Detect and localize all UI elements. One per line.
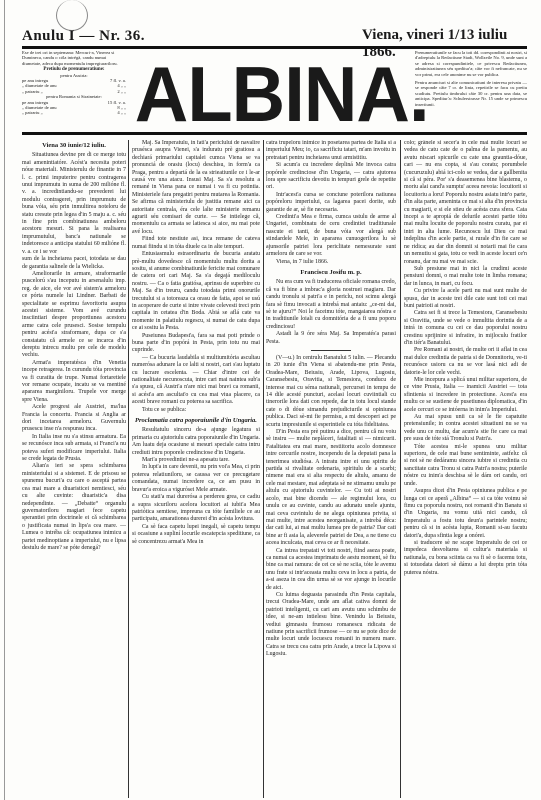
proclamation-title: Proclamatia catra poporaiunile d'in Unga…	[132, 417, 260, 424]
price-value: 4 „ „	[90, 110, 126, 115]
masthead-title-box: ALBINA.	[128, 54, 398, 134]
paragraph: Maj. Sa Imperatulu, in fati'a periclului…	[132, 140, 260, 236]
paragraph: Resultatulu sinceru de-a ajunge legatura…	[132, 427, 260, 457]
paragraph: Cu privire la acele parti nu mai sunt mu…	[404, 288, 527, 310]
paragraph: Armat'a imperatésca d'in Venetia incepe …	[22, 360, 126, 404]
paragraph: Cu luima deguasta parasindu d'in Pesta c…	[266, 592, 396, 659]
editorial-info-box: Prenumeratiunile se facu la toti dd. cor…	[415, 50, 527, 110]
publication-schedule: Ese de trei ori in septemana: Mercuri-a,…	[22, 50, 126, 66]
article-column-3: catra trupeloru inimice in posetarea par…	[266, 140, 396, 798]
paragraph: Fiind tote nestiute asi, inca remane de …	[132, 236, 260, 251]
newspaper-title: ALBINA.	[135, 54, 392, 134]
romania-price-table: pe anu intregu15 fl. v. a. „ diumetate d…	[22, 100, 126, 116]
paragraph: Nu era cum va fi traducerea oficiale rom…	[266, 279, 396, 331]
top-rule	[22, 46, 527, 49]
column-divider	[263, 140, 264, 798]
paragraph: Entusiasmulu estraordinariu de bucuria a…	[132, 251, 260, 332]
masthead-emblem-icon	[56, 0, 88, 31]
article-dateline: Viena 30 iunie/12 iuliu.	[22, 142, 126, 149]
article-column-2: Maj. Sa Imperatulu, in fati'a periclului…	[132, 140, 260, 798]
paragraph: sum de la incheiarea pacei, totodata se …	[22, 256, 126, 271]
article-column-4: colo; grânele si secer'a in cele mai mul…	[404, 140, 527, 798]
paragraph: catra trupeloru inimice in posetarea par…	[266, 140, 396, 162]
paragraph: Totu ce se publica:	[132, 407, 260, 414]
paragraph: Acele progresi ale Austriei, ma'lua Fran…	[22, 404, 126, 434]
paragraph: si traducere sè ne scape Imperatulu de c…	[404, 540, 527, 577]
paragraph: Puseiunea Budapest'a, fara sa mai poti p…	[132, 333, 260, 355]
subscription-info: Prenumeratiunile se facu la toti dd. cor…	[415, 50, 527, 77]
page-edge-line	[4, 0, 5, 800]
subscription-box: Ese de trei ori in septemana: Mercuri-a,…	[22, 50, 126, 116]
advertising-info: Pentru anunciuri si alte comunicatiuni d…	[415, 80, 527, 107]
paragraph: Alian'a ieri se spera schimbarea ministe…	[22, 463, 126, 552]
proclamation-signature: Franciscu Josifu m. p.	[266, 269, 396, 276]
paragraph: Catra sei fi si trece la Temesiora, Cara…	[404, 310, 527, 347]
masthead-bottom-rule	[22, 132, 527, 135]
paragraph: In Italia inse nu s'a stinsu armatura. E…	[22, 434, 126, 464]
column-divider	[128, 140, 129, 798]
paragraph: — Ca bucuria laudabila si multiumitória …	[132, 355, 260, 407]
paragraph: Sub presiune mai in nici la crudimi aces…	[404, 266, 527, 288]
paragraph: Astadi la 9 óre séra Maj. Sa Imperatés'a…	[266, 331, 396, 346]
price-label: „ patrariu „	[22, 110, 90, 115]
paragraph: Ca sè faca capetu lupei inegali, sè cape…	[132, 524, 260, 546]
section-separator	[311, 350, 351, 351]
paragraph: Credinti'a Mea e firma, cumca ustulu de …	[266, 214, 396, 258]
paragraph: D'in Pesta era prè putinu a dice, pentru…	[266, 429, 396, 548]
price-row: „ patrariu „4 „ „	[22, 110, 126, 115]
paragraph: Mie incepura a splicá unui militar super…	[404, 377, 527, 414]
paragraph: colo; grânele si secer'a in cele mai mul…	[404, 140, 527, 266]
column-divider	[400, 140, 401, 798]
paragraph: Tóte acestea mi-le spunea unu militar su…	[404, 444, 527, 488]
paragraph: Asupra dicei d'in Pesta opiniunea public…	[404, 488, 527, 540]
issue-number: Anulu I — Nr. 36.	[22, 28, 145, 45]
austria-price-table: pe anu intregu7 fl. v. a. „ diumetate de…	[22, 78, 126, 94]
paragraph: Cu stati'a mai durerósa a perdereu grea,…	[132, 494, 260, 524]
paragraph: Si acum'a cu incredere depliná Me invoca…	[266, 162, 396, 192]
paragraph: Intr'acest'a cursa se conciune poterilor…	[266, 192, 396, 214]
paragraph: (V—u.) In centrulu Banatului 5 iulin. — …	[266, 355, 396, 429]
paragraph: Situatiunea devine pre di ce merge totu …	[22, 152, 126, 256]
paragraph: Ameliorarile in armare, straformarile pu…	[22, 271, 126, 360]
article-column-1: Viena 30 iunie/12 iuliu. Situatiunea dev…	[22, 140, 126, 798]
paragraph: Au mai spusu unii ca sè le fie capatuite…	[404, 414, 527, 444]
newspaper-page: Anulu I — Nr. 36. Viena, vineri 1/13 iul…	[0, 0, 541, 800]
paragraph: Pre Romani ai nostri, de multe ori ii af…	[404, 347, 527, 377]
paragraph: In lupt'a in care devenii, nu prin voi'a…	[132, 464, 260, 494]
paragraph: Ca intrea trepatati vi toti nostri, fiin…	[266, 548, 396, 592]
paragraph: Mari'a provedintiei ne-a apesatu tare.	[132, 457, 260, 464]
proclamation-date: Viena, in 7 iulie 1866.	[266, 259, 396, 266]
